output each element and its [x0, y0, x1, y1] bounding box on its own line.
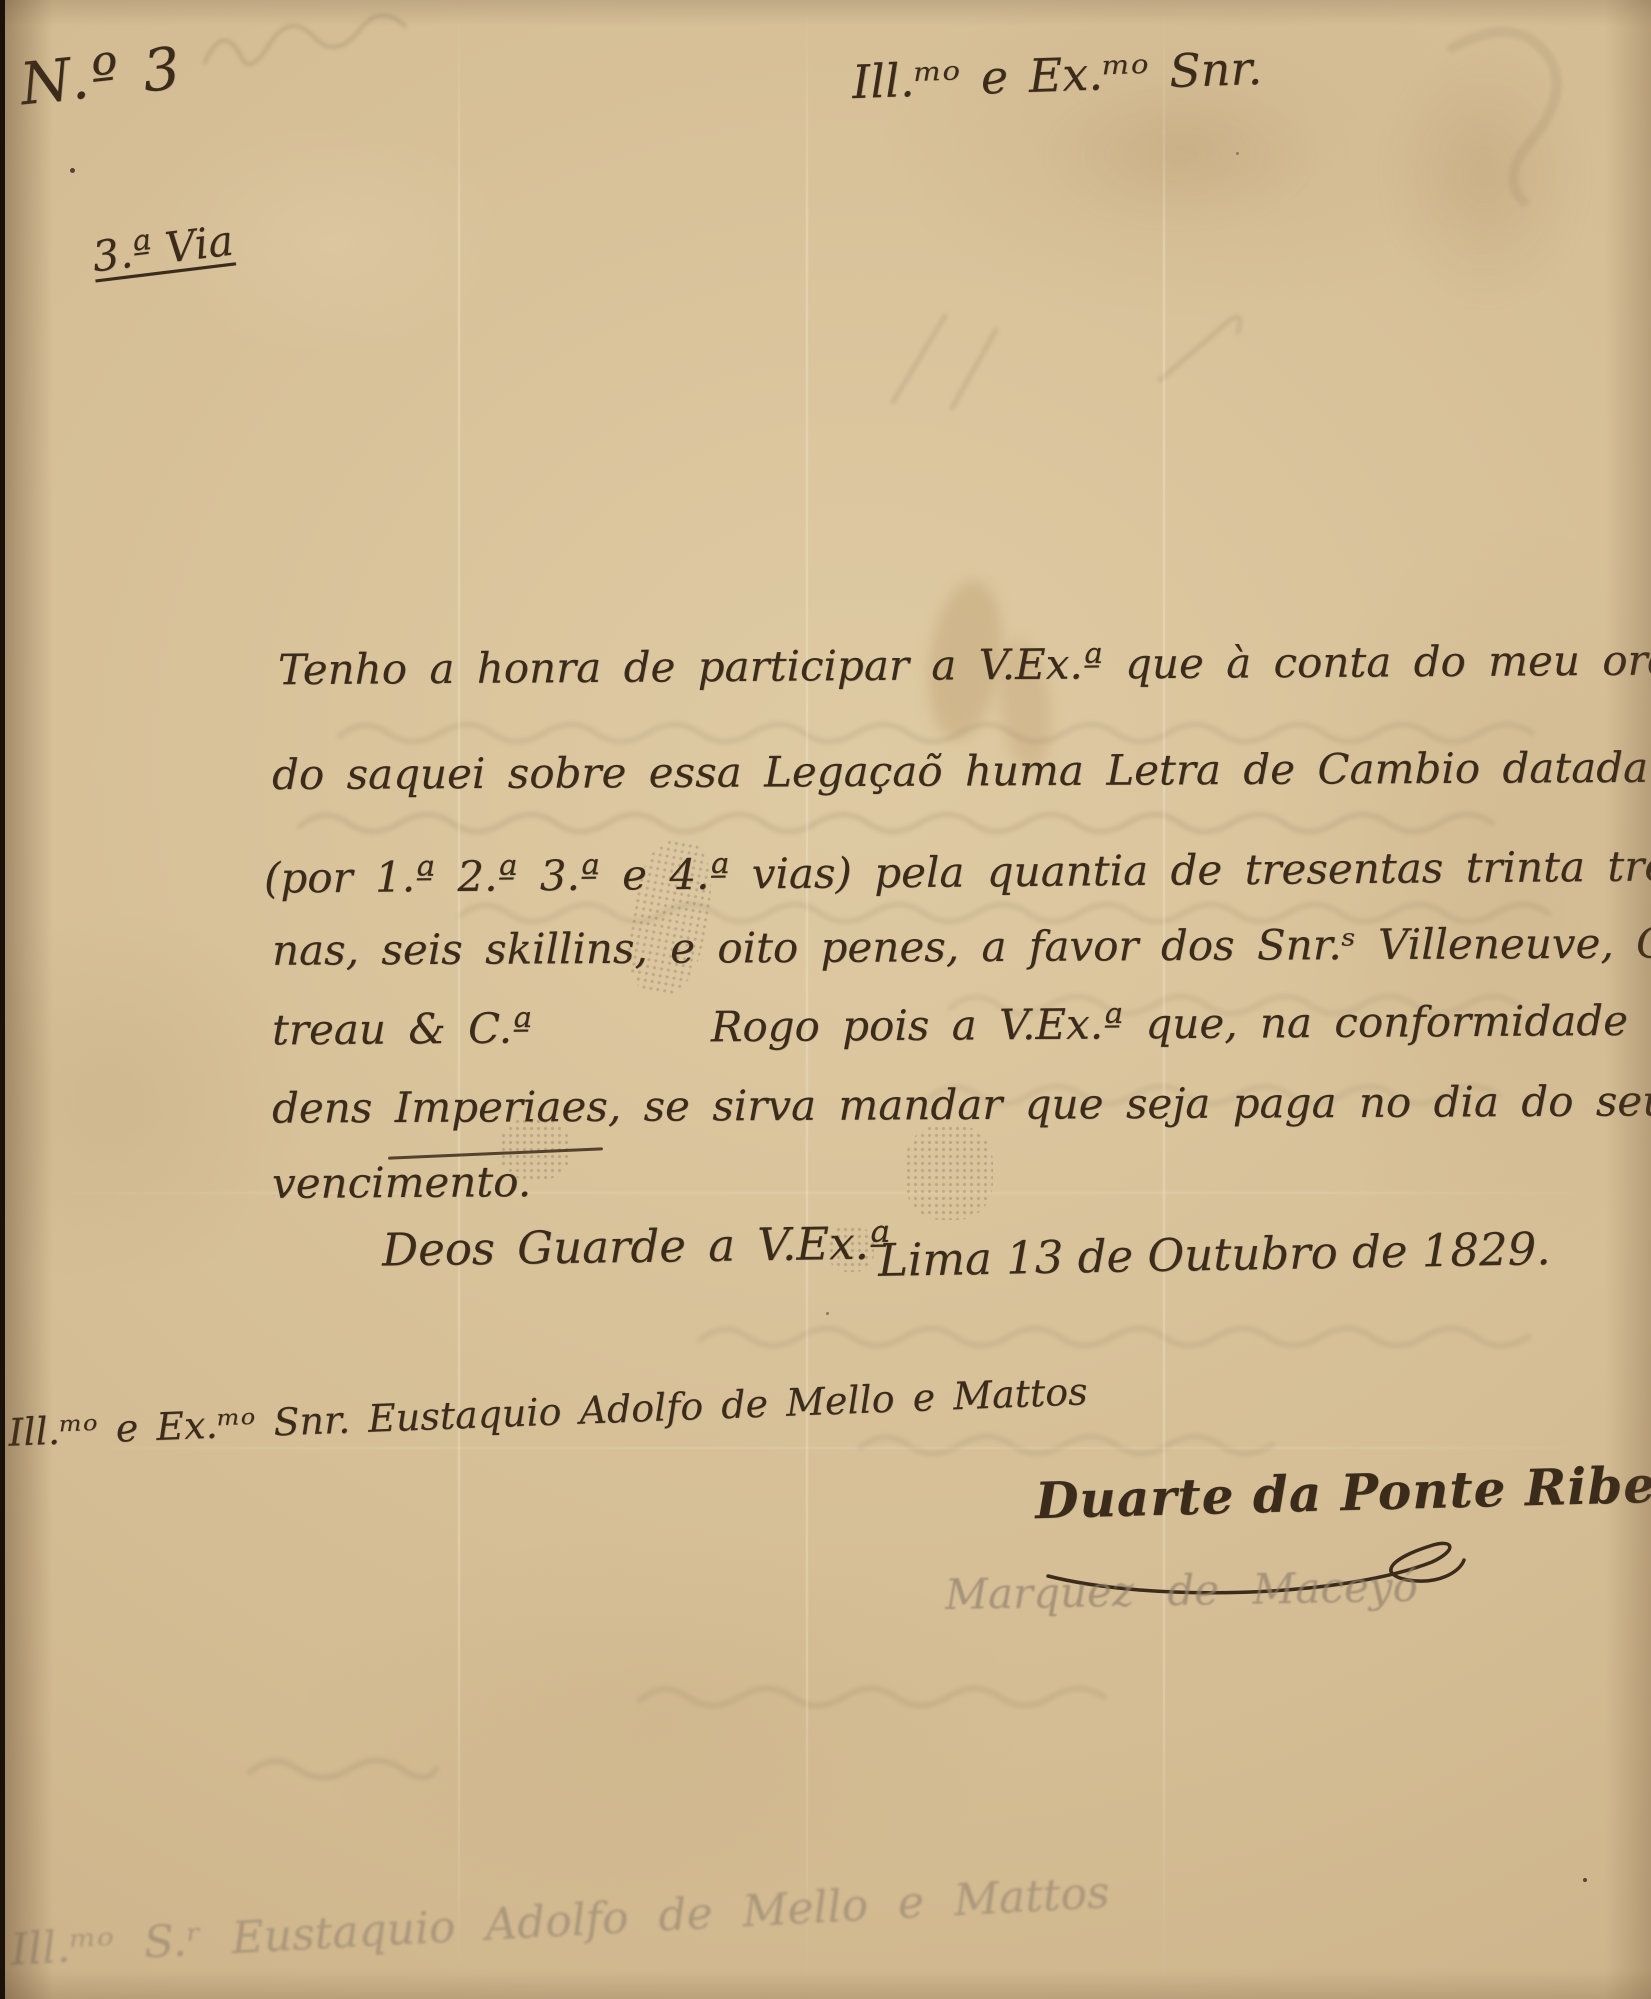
- paper-crease: [0, 1192, 1651, 1194]
- page-edge-shadow: [1605, 0, 1651, 1999]
- addressee-line: Ill.ᵐᵒ e Ex.ᵐᵒ Snr. Eustaquio Adolfo de …: [8, 1369, 1089, 1454]
- ink-speck: [1583, 1878, 1587, 1882]
- scan-edge: [0, 0, 5, 1999]
- pounce-smudge: [905, 1125, 993, 1220]
- body-line: dens Imperiaes, se sirva mandar que seja…: [272, 1076, 1651, 1132]
- paper-crease: [0, 1447, 1651, 1449]
- body-line: vencimento.: [272, 1157, 531, 1208]
- closing-formula: Deos Guarde a V.Ex.ª: [382, 1216, 891, 1276]
- salutation: Ill.ᵐᵒ e Ex.ᵐᵒ Snr.: [851, 41, 1263, 109]
- ink-speck: [1236, 152, 1239, 155]
- page-edge-shadow: [5, 0, 53, 1999]
- bottom-pencil-annotation: Ill.ᵐᵒ S.ʳ Eustaquio Adolfo de Mello e M…: [9, 1867, 1110, 1976]
- copy-via-note: 3.ª Via: [90, 216, 236, 282]
- ink-speck: [826, 1312, 829, 1315]
- page-edge-shadow: [0, 1969, 1651, 1999]
- ink-speck: [70, 168, 75, 173]
- paper-stain: [1380, 40, 1590, 310]
- pencil-annotation: Marquez de Maceyó: [945, 1562, 1419, 1619]
- paper-crease: [458, 0, 460, 1999]
- signature: Duarte da Ponte Ribeiro: [1034, 1453, 1651, 1530]
- manuscript-letter-page: N.º 3 Ill.ᵐᵒ e Ex.ᵐᵒ Snr. 3.ª Via Tenho …: [0, 0, 1651, 1999]
- body-line: Tenho a honra de participar a V.Ex.ª que…: [278, 635, 1651, 694]
- page-edge-shadow: [0, 0, 1651, 26]
- body-line: (por 1.ª 2.ª 3.ª e 4.ª vias) pela quanti…: [264, 838, 1651, 902]
- body-line: treau & C.ª Rogo pois a V.Ex.ª que, na c…: [272, 995, 1651, 1055]
- body-line: do saquei sobre essa Legaçaõ huma Letra …: [272, 742, 1651, 799]
- dateline: Lima 13 de Outubro de 1829.: [878, 1222, 1551, 1287]
- paper-crease: [806, 0, 808, 1999]
- paper-stain: [1040, 80, 1320, 230]
- body-line: nas, seis skillins, e oito penes, a favo…: [272, 918, 1651, 975]
